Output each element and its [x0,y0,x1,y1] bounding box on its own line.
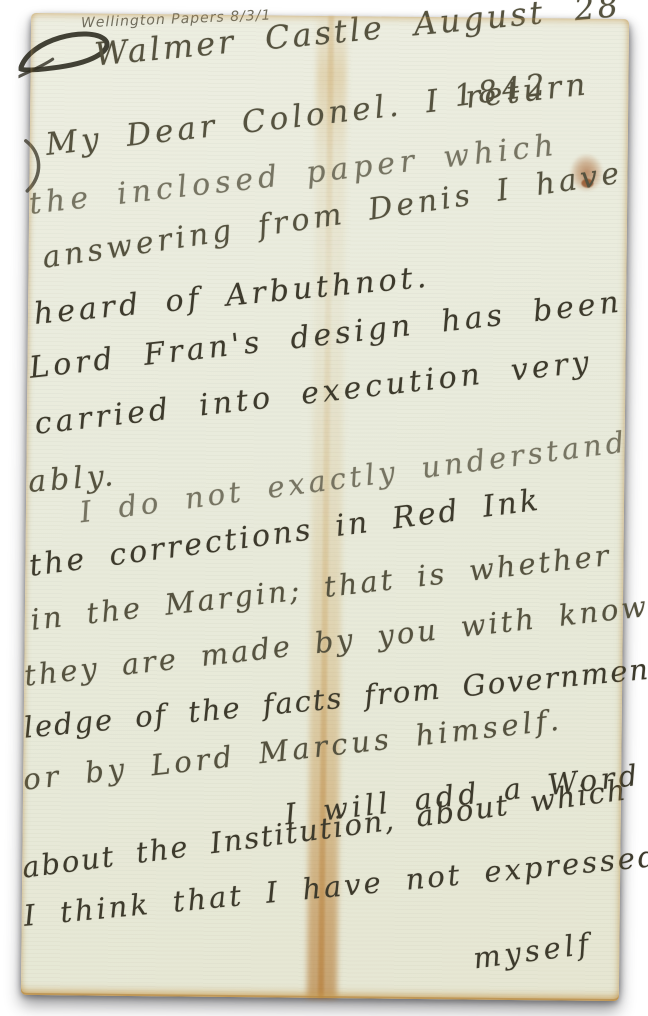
handwritten-line: myself [471,926,594,975]
scan-background: Wellington Papers 8/3/1 Walmer Castle Au… [0,0,648,1016]
letter-page: Wellington Papers 8/3/1 Walmer Castle Au… [21,13,629,1001]
